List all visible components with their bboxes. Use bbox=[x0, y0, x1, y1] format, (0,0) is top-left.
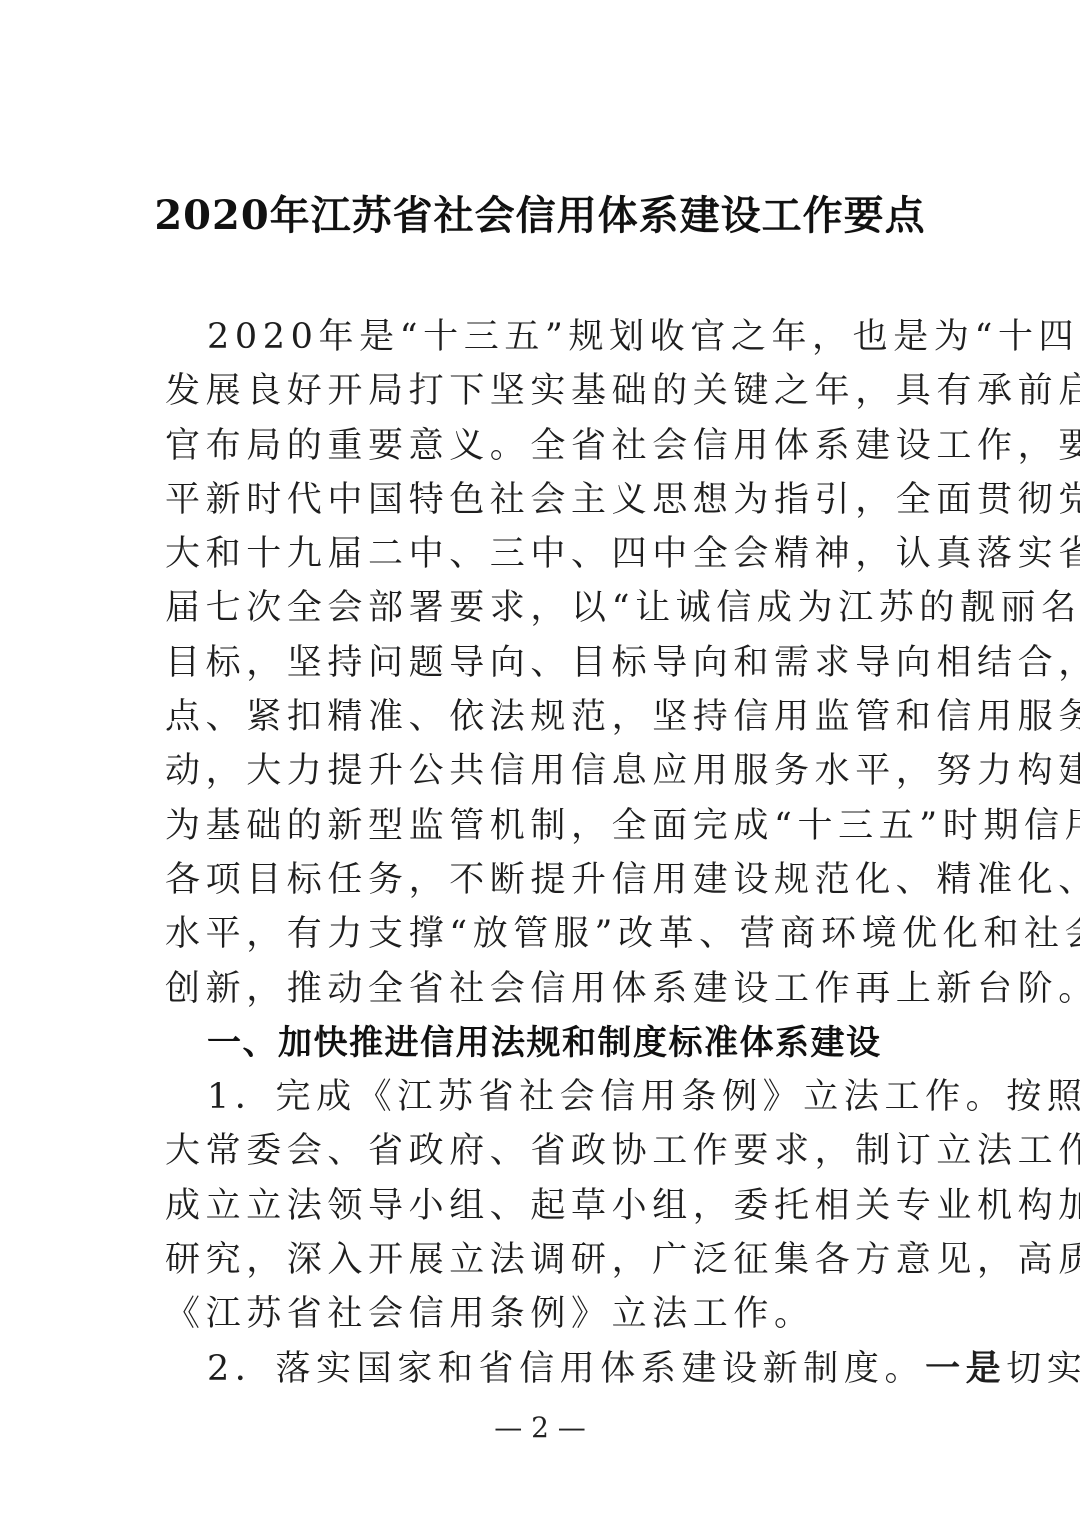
intro-line: 发展良好开局打下坚实基础的关键之年，具有承前启后、收 bbox=[165, 364, 917, 418]
intro-line: 动，大力提升公共信用信息应用服务水平，努力构建以信用 bbox=[165, 744, 917, 798]
item-1-line: 成立立法领导小组、起草小组，委托相关专业机构加强立法 bbox=[165, 1179, 917, 1233]
item-2-bold-marker: 一是 bbox=[925, 1349, 1006, 1389]
intro-line: 届七次全会部署要求，以“让诚信成为江苏的靓丽名片”为 bbox=[165, 581, 917, 635]
item-1-line: 研究，深入开展立法调研，广泛征集各方意见，高质量完成 bbox=[165, 1233, 917, 1287]
item-2-line: 2．落实国家和省信用体系建设新制度。一是切实落实 bbox=[165, 1342, 917, 1396]
document-page: 2020年江苏省社会信用体系建设工作要点 2020年是“十三五”规划收官之年，也… bbox=[0, 0, 1080, 1527]
intro-line: 大和十九届二中、三中、四中全会精神，认真落实省委十三 bbox=[165, 527, 917, 581]
page-number: — 2 — bbox=[0, 1400, 1080, 1456]
document-title: 2020年江苏省社会信用体系建设工作要点 bbox=[0, 188, 1080, 244]
document-body: 2020年是“十三五”规划收官之年，也是为“十四五” 发展良好开局打下坚实基础的… bbox=[165, 310, 917, 1396]
intro-line: 创新，推动全省社会信用体系建设工作再上新台阶。 bbox=[165, 962, 917, 1016]
intro-line: 点、紧扣精准、依法规范，坚持信用监管和信用服务双轮驱 bbox=[165, 690, 917, 744]
intro-line: 2020年是“十三五”规划收官之年，也是为“十四五” bbox=[165, 310, 917, 364]
intro-line: 水平，有力支撑“放管服”改革、营商环境优化和社会治理 bbox=[165, 907, 917, 961]
item-2-continuation: 切实落实 bbox=[1006, 1349, 1080, 1389]
intro-line: 各项目标任务，不断提升信用建设规范化、精准化、法治化 bbox=[165, 853, 917, 907]
intro-line: 平新时代中国特色社会主义思想为指引，全面贯彻党的十九 bbox=[165, 473, 917, 527]
item-2-title: 2．落实国家和省信用体系建设新制度。 bbox=[207, 1349, 925, 1389]
item-1-line: 大常委会、省政府、省政协工作要求，制订立法工作方案， bbox=[165, 1124, 917, 1178]
intro-line: 目标，坚持问题导向、目标导向和需求导向相结合，聚焦重 bbox=[165, 636, 917, 690]
item-1-line: 1．完成《江苏省社会信用条例》立法工作。按照省人 bbox=[165, 1070, 917, 1124]
intro-line: 官布局的重要意义。全省社会信用体系建设工作，要以习近 bbox=[165, 419, 917, 473]
item-1-line: 《江苏省社会信用条例》立法工作。 bbox=[165, 1287, 917, 1341]
section-heading: 一、加快推进信用法规和制度标准体系建设 bbox=[165, 1016, 917, 1070]
intro-line: 为基础的新型监管机制，全面完成“十三五”时期信用建设 bbox=[165, 799, 917, 853]
